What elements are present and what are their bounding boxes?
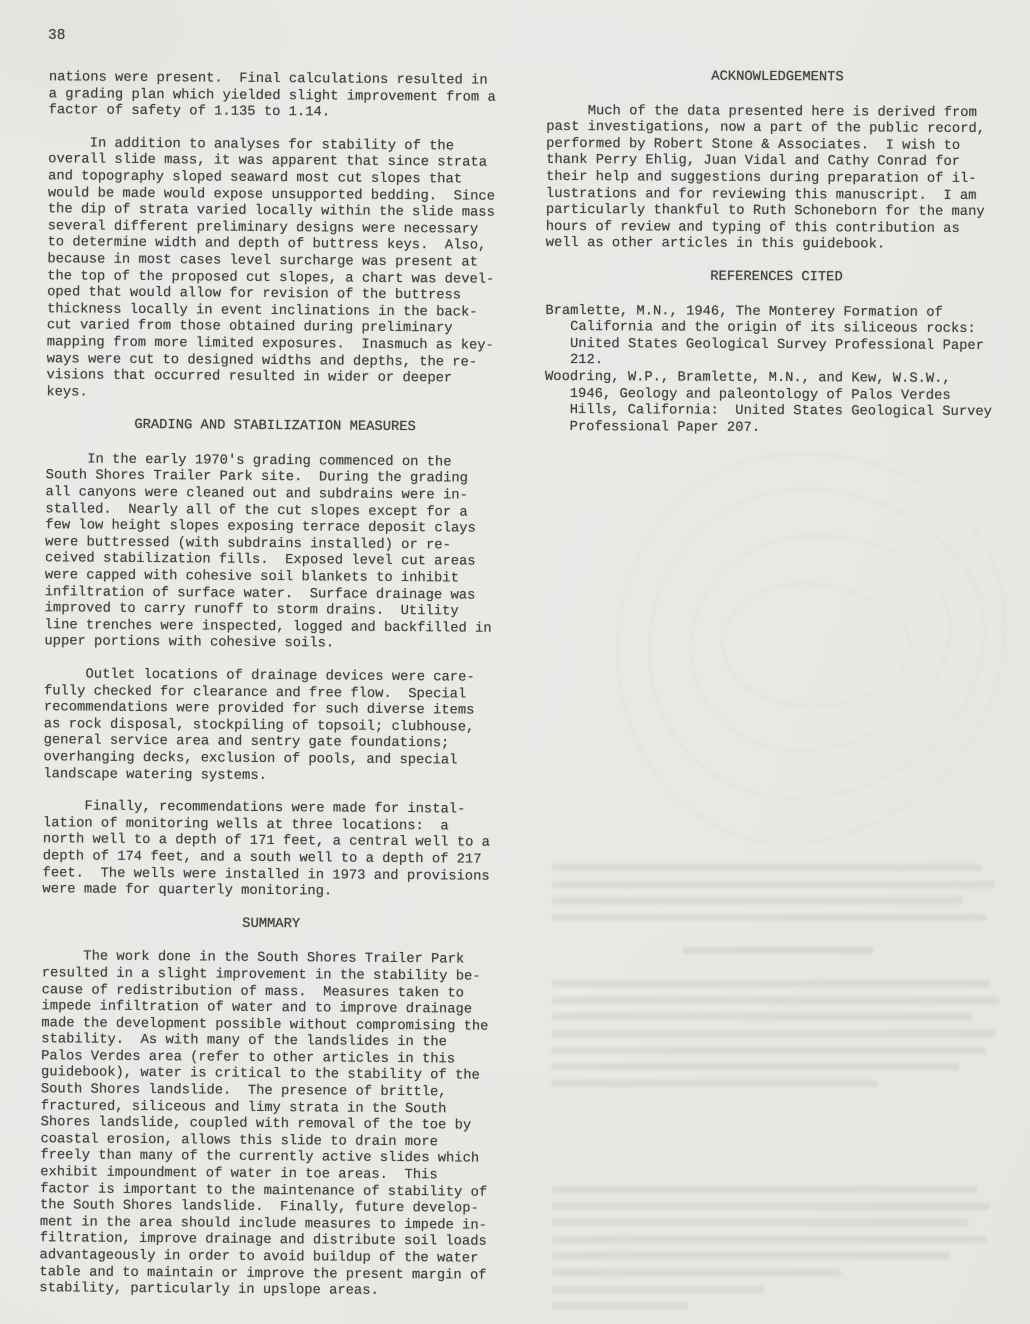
ghost-contour xyxy=(684,528,956,757)
section-heading-summary: SUMMARY xyxy=(42,915,500,935)
ghost-line xyxy=(552,1286,764,1293)
paragraph: In the early 1970's grading commenced on… xyxy=(44,452,504,655)
right-column: ACKNOWLEDGEMENTS Much of the data presen… xyxy=(545,69,1009,439)
ghost-line xyxy=(552,897,963,904)
ghost-line xyxy=(552,1203,990,1210)
ghost-line xyxy=(552,1047,986,1054)
ghost-line xyxy=(552,1080,877,1087)
ghost-line xyxy=(552,1030,995,1037)
paragraph: Finally, recommendations were made for i… xyxy=(42,799,501,902)
left-column: nations were present. Final calculations… xyxy=(39,70,507,1317)
ghost-line xyxy=(552,964,1004,971)
section-heading-grading-and-stabilization-measures: GRADING AND STABILIZATION MEASURES xyxy=(46,417,504,437)
ghost-line xyxy=(552,1063,959,1070)
paragraph: In addition to analyses for stability of… xyxy=(46,136,506,405)
section-heading-acknowledgements: ACKNOWLEDGEMENTS xyxy=(546,69,1008,88)
ghost-line xyxy=(552,930,1004,937)
ghost-line xyxy=(552,1219,968,1226)
paragraph-continuation: nations were present. Final calculations… xyxy=(49,70,507,123)
ghost-line xyxy=(552,980,990,987)
ghost-line xyxy=(552,914,986,921)
ghost-line xyxy=(552,1013,972,1020)
ghost-line xyxy=(552,1236,986,1243)
ghost-line xyxy=(683,947,873,954)
bleed-through-text-ghost xyxy=(552,864,1004,1096)
ghost-line xyxy=(552,997,999,1004)
section-heading-references-cited: REFERENCES CITED xyxy=(545,269,1007,288)
paragraph: The work done in the South Shores Traile… xyxy=(39,950,500,1302)
ghost-line xyxy=(552,1269,841,1276)
page-number: 38 xyxy=(48,28,65,45)
ghost-contour xyxy=(639,478,994,811)
ghost-contour xyxy=(594,430,1030,864)
ghost-line xyxy=(552,881,995,888)
paragraph: Outlet locations of drainage devices wer… xyxy=(43,667,502,787)
scanned-document-page: 38 nations were present. Final calcu xyxy=(0,0,1030,1324)
reference-entry: Bramlette, M.N., 1946, The Monterey Form… xyxy=(545,303,1007,372)
ghost-line xyxy=(552,1302,688,1309)
bleed-through-text-ghost xyxy=(552,1186,1004,1319)
ghost-contour xyxy=(716,575,916,718)
ghost-line xyxy=(552,864,981,871)
acknowledgements-paragraph: Much of the data presented here is deriv… xyxy=(546,103,1009,255)
ghost-line xyxy=(552,1186,977,1193)
ghost-line xyxy=(552,1252,950,1259)
bleed-through-map-ghost xyxy=(600,452,1008,866)
reference-entry: Woodring, W.P., Bramlette, M.N., and Kew… xyxy=(545,370,1007,439)
